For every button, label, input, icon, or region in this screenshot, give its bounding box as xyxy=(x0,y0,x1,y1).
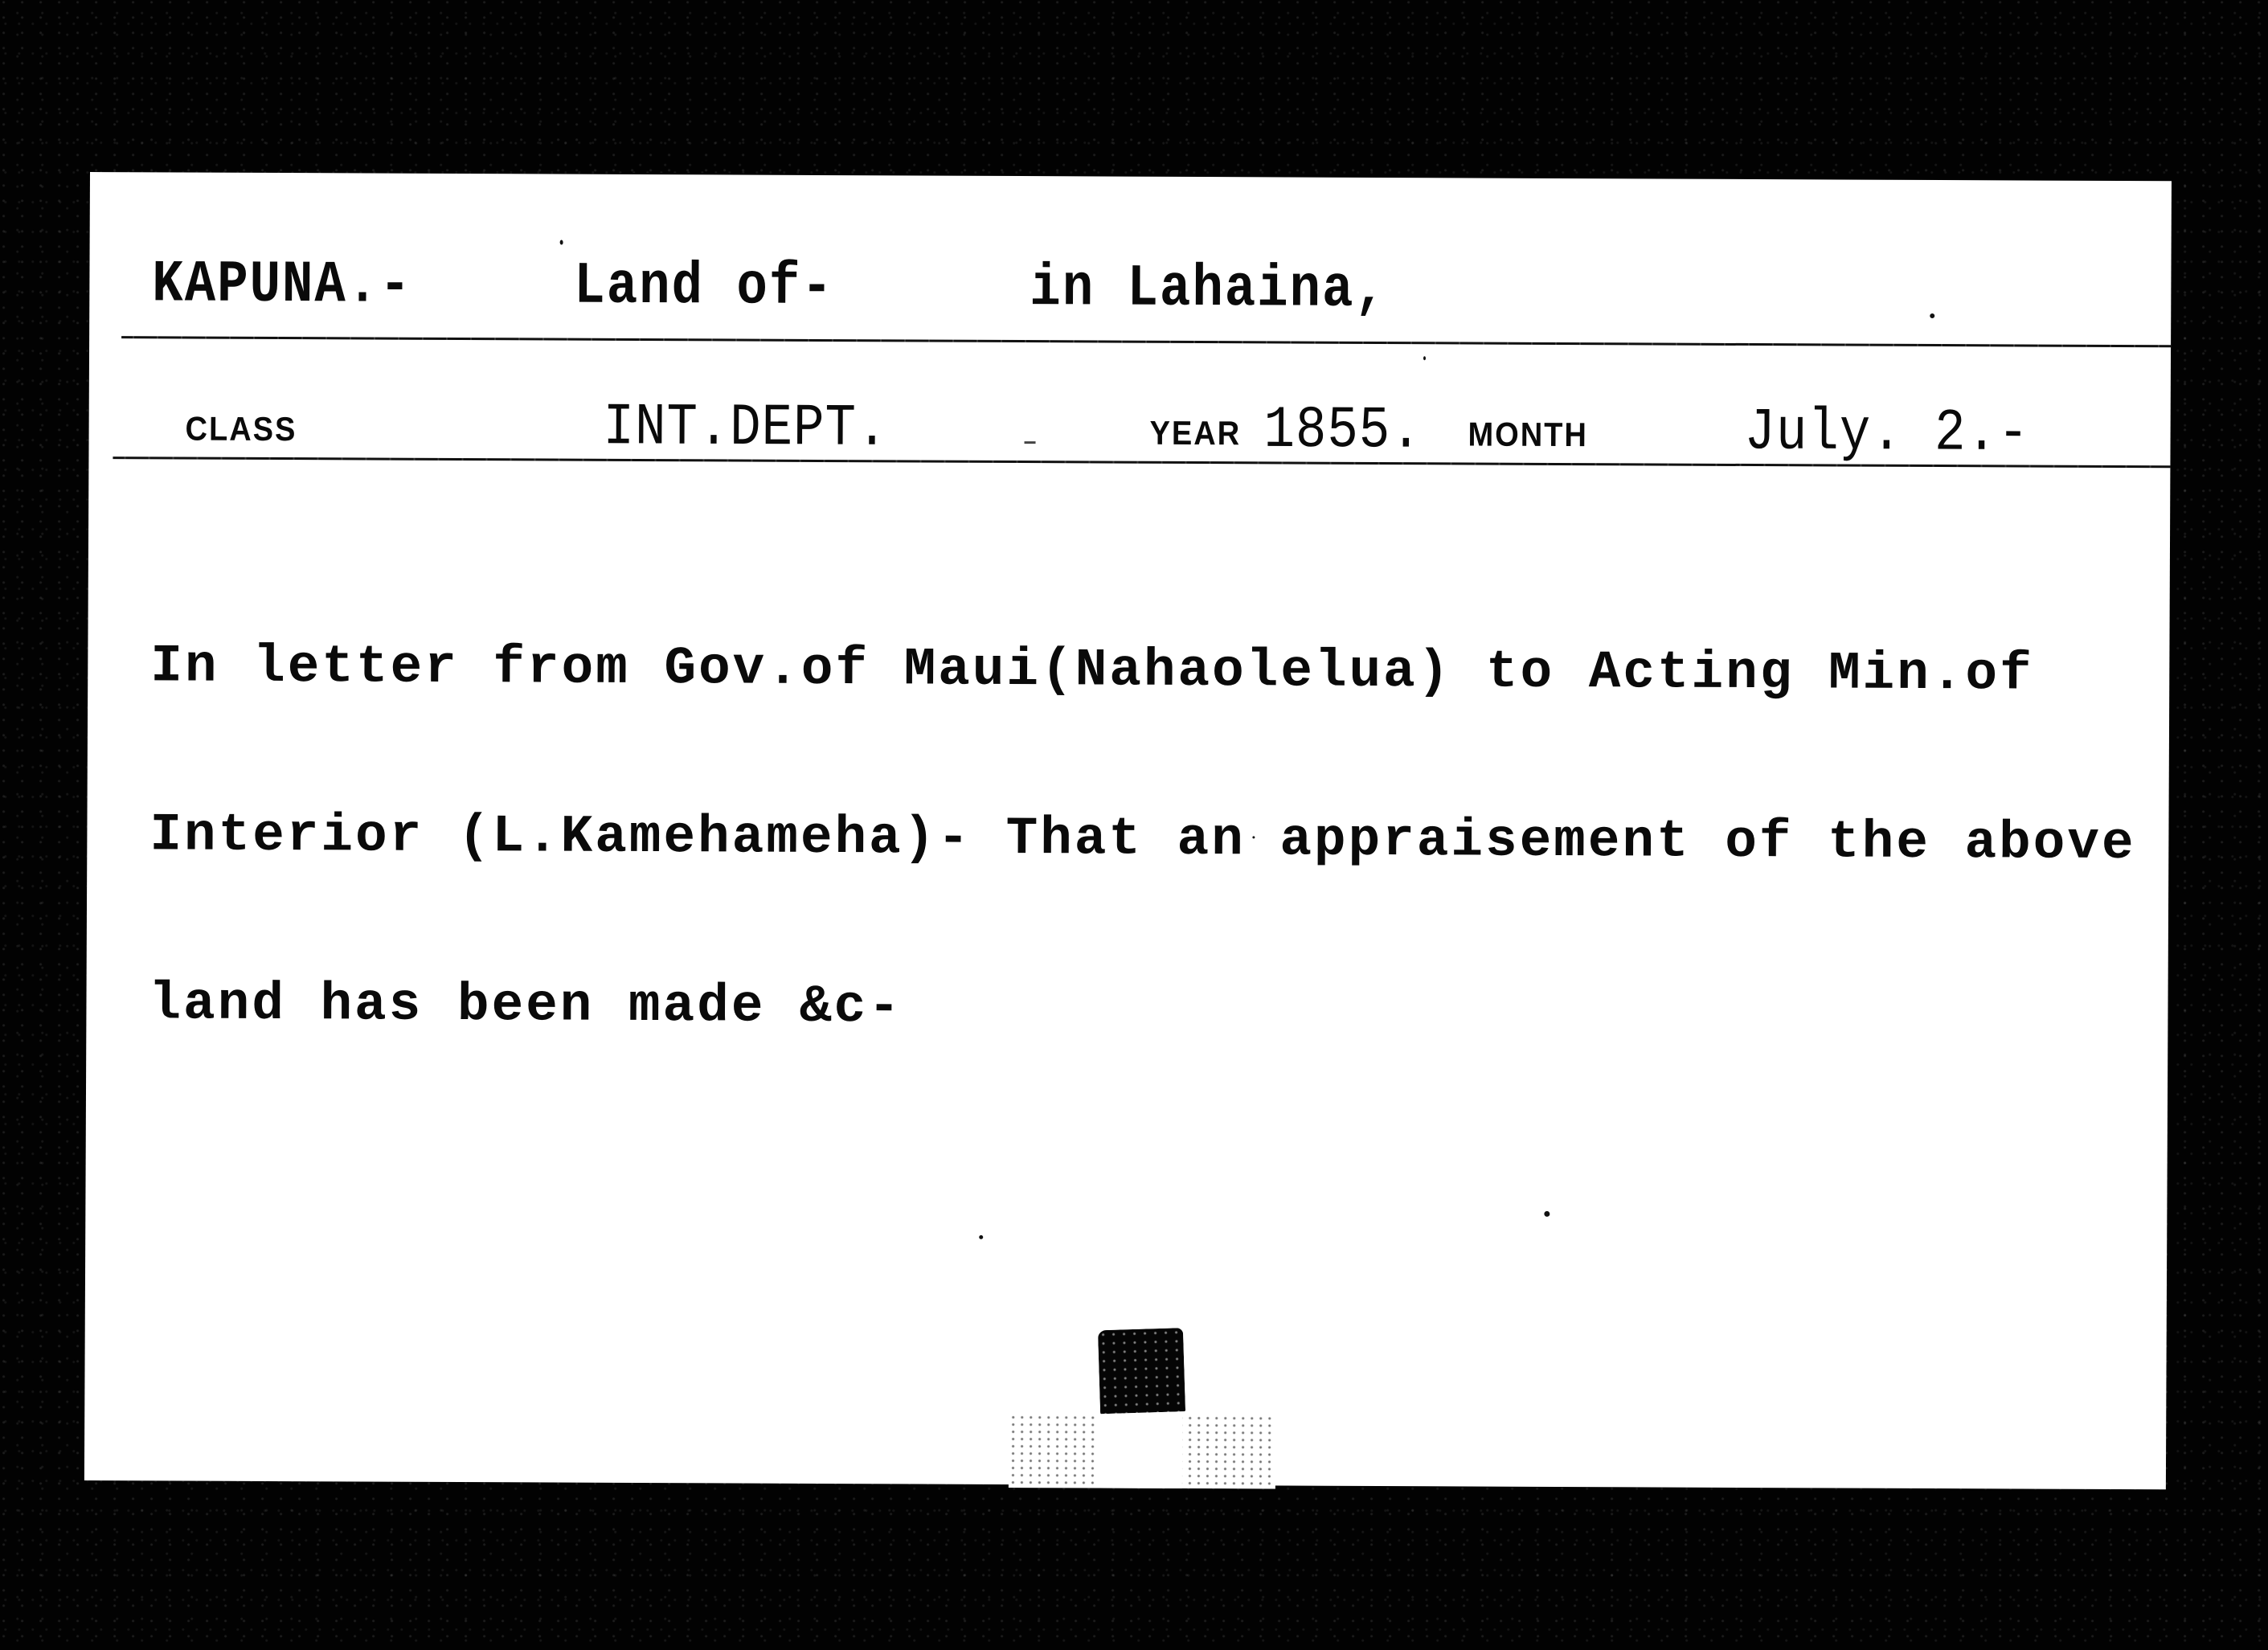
index-card: KAPUNA.- Land of- in Lahaina, CLASS INT.… xyxy=(84,172,2172,1489)
month-value: July. 2.- xyxy=(1744,403,2029,465)
punch-hole xyxy=(1098,1328,1185,1414)
month-label: MONTH xyxy=(1468,416,1588,455)
card-title-place: in Lahaina, xyxy=(1030,256,1387,324)
tab-gap xyxy=(1099,1414,1182,1488)
stray-dash-mark xyxy=(1025,441,1036,444)
ink-speck xyxy=(979,1235,983,1239)
ink-speck xyxy=(1930,313,1934,318)
class-value: INT.DEPT. xyxy=(603,398,888,460)
title-rule xyxy=(121,336,2171,347)
card-tab xyxy=(1009,1414,1275,1488)
card-body: In letter from Gov.of Maui(Nahaolelua) t… xyxy=(149,526,2176,1153)
card-title-land: Land of- xyxy=(574,254,834,321)
scanned-image: KAPUNA.- Land of- in Lahaina, CLASS INT.… xyxy=(0,0,2268,1650)
card-title-name: KAPUNA.- xyxy=(152,252,412,320)
year-label: YEAR xyxy=(1149,414,1241,453)
ink-speck xyxy=(1423,356,1426,360)
ink-speck xyxy=(1544,1211,1550,1217)
ink-speck xyxy=(1252,836,1255,838)
class-label: CLASS xyxy=(185,410,297,449)
body-line: In letter from Gov.of Maui(Nahaolelua) t… xyxy=(150,638,2176,703)
body-line: Interior (L.Kamehameha)- That an apprais… xyxy=(149,807,2175,872)
body-line: land has been made &c- xyxy=(149,976,2174,1041)
ink-speck xyxy=(560,240,563,245)
year-value: 1855. xyxy=(1263,400,1422,462)
